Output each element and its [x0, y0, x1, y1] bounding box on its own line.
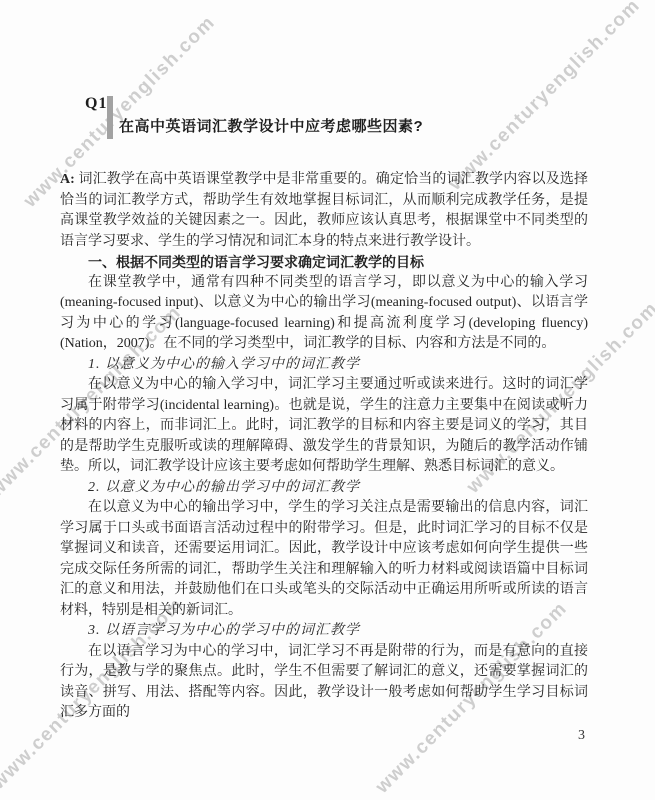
subsection-3-heading: 3. 以语言学习为中心的学习中的词汇教学 — [60, 621, 588, 642]
question-accent-bar — [107, 96, 113, 139]
subsection-2-heading: 2. 以意义为中心的输出学习中的词汇教学 — [60, 478, 588, 499]
page-number: 3 — [578, 728, 585, 744]
subsection-3-body: 在以语言学习为中心的学习中，词汇学习不再是附带的行为，而是有意向的直接行为，是教… — [60, 642, 588, 724]
page-content: Q1: 在高中英语词汇教学设计中应考虑哪些因素? A: 词汇教学在高中英语课堂教… — [0, 0, 655, 800]
answer-body: A: 词汇教学在高中英语课堂教学中是非常重要的。确定恰当的词汇教学内容以及选择恰… — [60, 170, 588, 724]
section-lead-paragraph: 在课堂教学中，通常有四种不同类型的语言学习，即以意义为中心的输入学习(meani… — [60, 273, 588, 355]
question-title: 在高中英语词汇教学设计中应考虑哪些因素? — [119, 115, 423, 136]
answer-label: A: — [60, 172, 75, 187]
subsection-1-body: 在以意义为中心的输入学习中，词汇学习主要通过听或读来进行。这时的词汇学习属于附带… — [60, 375, 588, 478]
section-heading: 一、根据不同类型的语言学习要求确定词汇教学的目标 — [60, 252, 588, 273]
subsection-1-heading: 1. 以意义为中心的输入学习中的词汇教学 — [60, 355, 588, 376]
answer-intro-text: 词汇教学在高中英语课堂教学中是非常重要的。确定恰当的词汇教学内容以及选择恰当的词… — [60, 172, 588, 249]
scanned-book-page: www.centuryenglish.com www.centuryenglis… — [0, 0, 655, 800]
subsection-2-body: 在以意义为中心的输出学习中，学生的学习关注点是需要输出的信息内容，词汇学习属于口… — [60, 498, 588, 621]
answer-intro-paragraph: A: 词汇教学在高中英语课堂教学中是非常重要的。确定恰当的词汇教学内容以及选择恰… — [60, 170, 588, 252]
